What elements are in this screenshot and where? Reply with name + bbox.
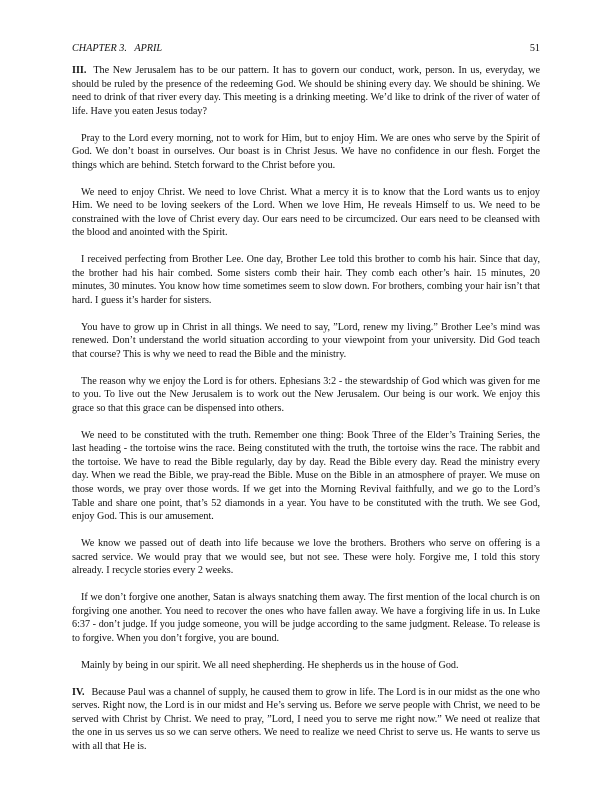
- chapter-title: CHAPTER 3. APRIL: [72, 43, 162, 54]
- paragraph: Pray to the Lord every morning, not to w…: [72, 132, 540, 173]
- paragraph-section-iv: IV.Because Paul was a channel of supply,…: [72, 686, 540, 754]
- paragraph: We know we passed out of death into life…: [72, 537, 540, 578]
- paragraph-text: The New Jerusalem has to be our pattern.…: [72, 65, 540, 117]
- paragraph-text: Because Paul was a channel of supply, he…: [72, 687, 540, 752]
- paragraph-section-iii: III.The New Jerusalem has to be our patt…: [72, 64, 540, 118]
- running-header: CHAPTER 3. APRIL 51: [72, 43, 540, 54]
- paragraph: You have to grow up in Christ in all thi…: [72, 321, 540, 362]
- paragraph: If we don’t forgive one another, Satan i…: [72, 591, 540, 645]
- paragraph: I received perfecting from Brother Lee. …: [72, 253, 540, 307]
- page-number: 51: [530, 43, 540, 54]
- paragraph: We need to be constituted with the truth…: [72, 429, 540, 524]
- document-body: III.The New Jerusalem has to be our patt…: [72, 64, 540, 767]
- paragraph: The reason why we enjoy the Lord is for …: [72, 375, 540, 416]
- paragraph: Mainly by being in our spirit. We all ne…: [72, 659, 540, 673]
- paragraph: We need to enjoy Christ. We need to love…: [72, 186, 540, 240]
- section-marker: III.: [72, 65, 86, 76]
- section-marker: IV.: [72, 687, 84, 698]
